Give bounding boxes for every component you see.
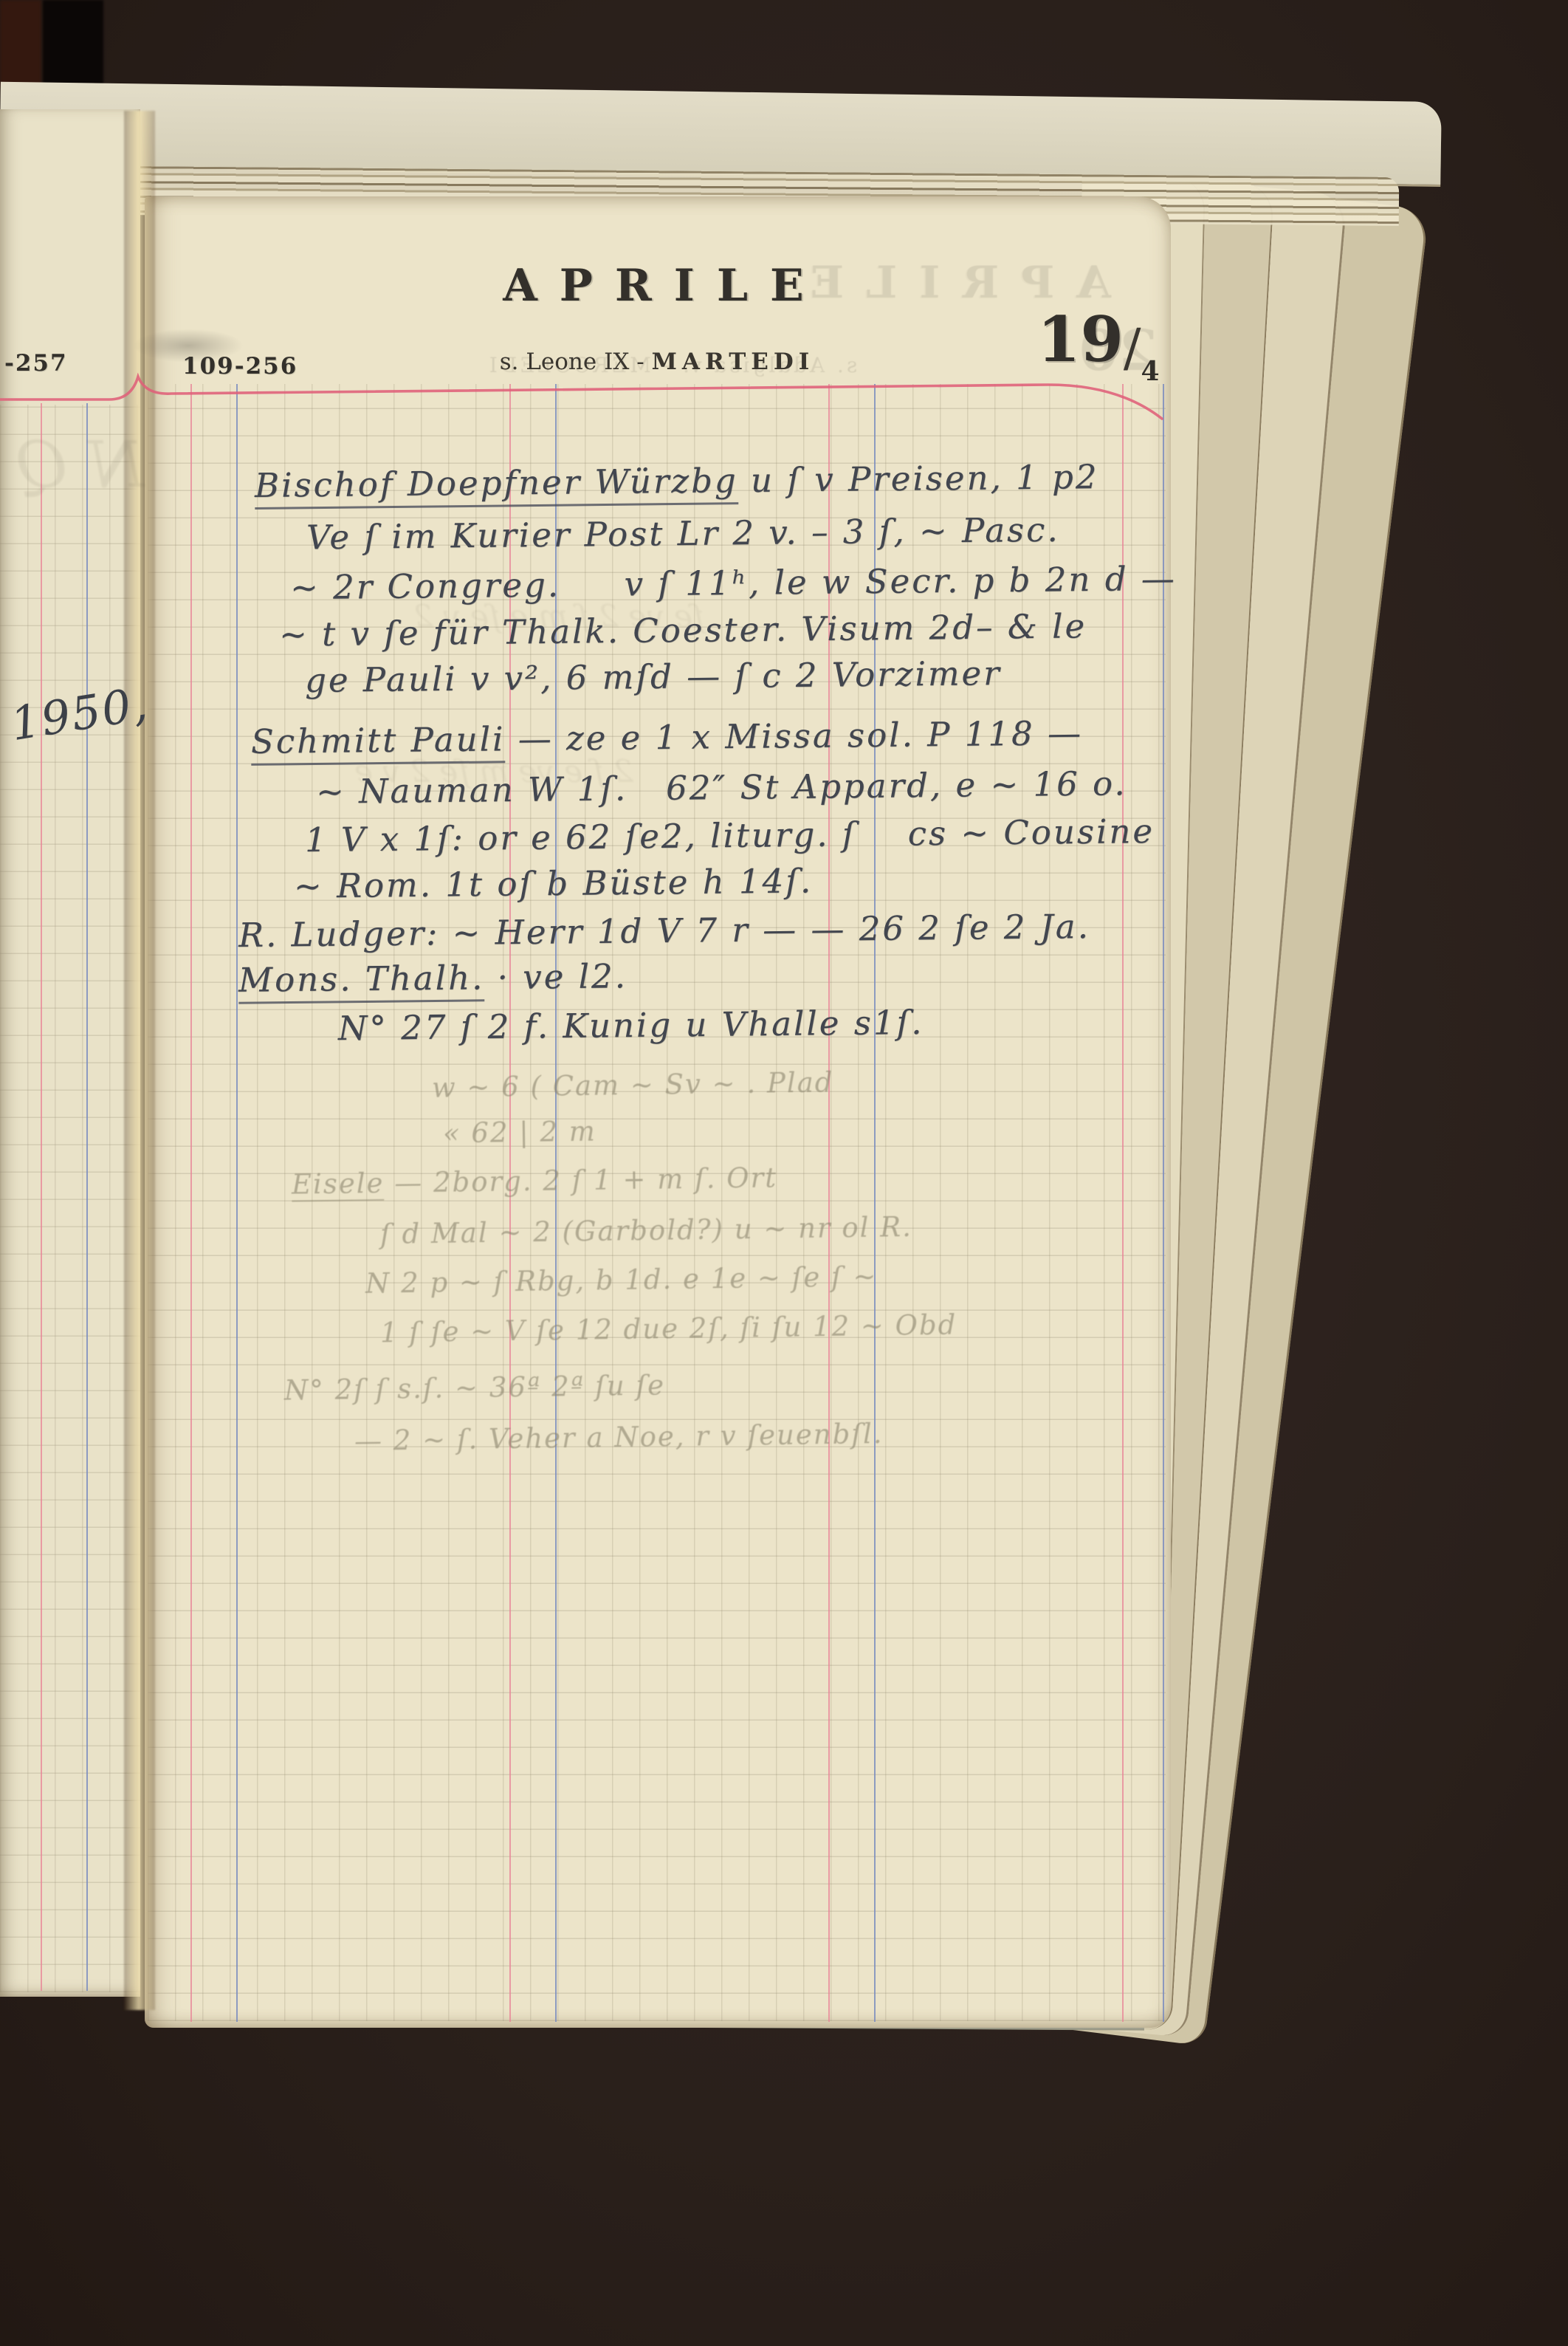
entry-line: ~ Rom. 1t oſ b Büste h 14ſ. bbox=[294, 861, 814, 905]
entry-line: Mons. Thalh. · ve l2. bbox=[238, 956, 628, 1004]
saint-name: s. Leone IX bbox=[500, 349, 630, 375]
day-number-block: 19/4 bbox=[1037, 309, 1160, 387]
day-slash: / bbox=[1124, 318, 1141, 378]
pencil-entry-line: « 62 | 2 m bbox=[443, 1116, 596, 1150]
entry-underlined-name: Schmitt Pauli bbox=[251, 719, 506, 766]
entry-underlined-name: Bischof Doepfner Würzbg bbox=[255, 461, 738, 510]
entry-line: N° 27 ſ 2 f. Kunig u Vhalle s1ſ. bbox=[338, 1003, 924, 1048]
entry-text: — ze e 1 x Missa sol. P 118 — bbox=[505, 713, 1083, 758]
entry-text: ~ Rom. 1t oſ b Büste h 14ſ. bbox=[294, 861, 814, 905]
entry-text: · ve l2. bbox=[484, 956, 627, 997]
pencil-text: N° 2ſ ſ s.ſ. ~ 36ª 2ª ſu ſe bbox=[284, 1369, 666, 1406]
pencil-text: « 62 | 2 m bbox=[443, 1116, 596, 1150]
month-title: APRILE bbox=[472, 260, 856, 312]
entry-text: Ve ſ im Kurier Post Lr 2 v. – 3 ſ, ~ Pas… bbox=[306, 510, 1060, 558]
entry-text: N° 27 ſ 2 f. Kunig u Vhalle s1ſ. bbox=[338, 1003, 924, 1048]
day-month-small: 4 bbox=[1141, 356, 1160, 387]
diary-photo: APRILE s. Adalgisa v. - MERCOLEDI 20 APR… bbox=[0, 0, 1568, 2346]
pencil-underlined-name: Eisele bbox=[292, 1167, 385, 1202]
weekday-label: MARTEDI bbox=[652, 349, 815, 375]
pencil-text: w ~ 6 ( Cam ~ Sv ~ . Plad bbox=[432, 1066, 834, 1104]
entry-line: ge Pauli v v², 6 mſd — ſ c 2 Vorzimer bbox=[305, 654, 1002, 700]
pencil-entry-line: w ~ 6 ( Cam ~ Sv ~ . Plad bbox=[432, 1066, 834, 1104]
entry-text: ge Pauli v v², 6 mſd — ſ c 2 Vorzimer bbox=[305, 654, 1002, 700]
separator: - bbox=[629, 349, 651, 375]
entry-text: u ſ v Preisen, 1 p2 bbox=[737, 457, 1098, 500]
pencil-entry-line: Eisele — 2borg. 2 ſ 1 + m ſ. Ort bbox=[292, 1162, 778, 1201]
left-page-ghost-mark: N Q bbox=[16, 428, 144, 502]
pencil-text: — 2borg. 2 ſ 1 + m ſ. Ort bbox=[384, 1162, 777, 1198]
entry-underlined-name: Mons. Thalh. bbox=[238, 958, 485, 1004]
day-number: 19 bbox=[1037, 303, 1124, 376]
page-reference-left: -257 bbox=[4, 350, 68, 377]
pencil-entry-line: N° 2ſ ſ s.ſ. ~ 36ª 2ª ſu ſe bbox=[284, 1369, 666, 1406]
entry-line: Ve ſ im Kurier Post Lr 2 v. – 3 ſ, ~ Pas… bbox=[306, 510, 1060, 558]
entry-line: Bischof Doepfner Würzbg u ſ v Preisen, 1… bbox=[255, 457, 1099, 510]
saint-weekday-line: s. Leone IX - MARTEDI bbox=[384, 349, 930, 375]
page-reference-right: 109-256 bbox=[182, 353, 298, 380]
entry-line: Schmitt Pauli — ze e 1 x Missa sol. P 11… bbox=[251, 713, 1084, 766]
